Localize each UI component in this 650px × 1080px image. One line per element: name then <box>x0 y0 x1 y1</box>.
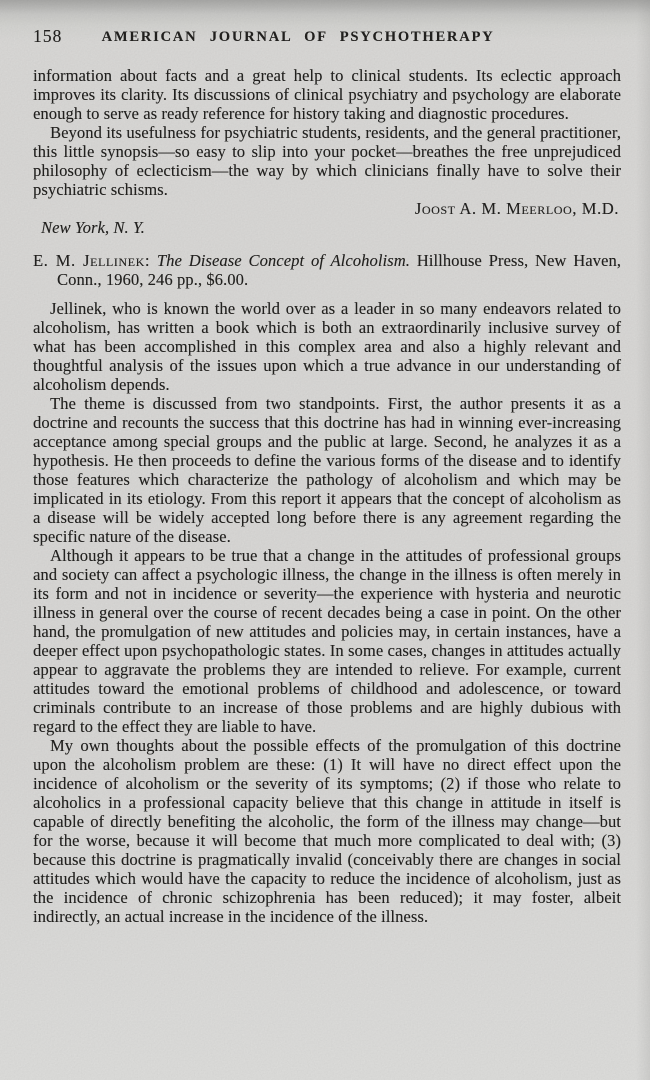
scanned-journal-page: 158 AMERICAN JOURNAL OF PSYCHOTHERAPY in… <box>0 0 650 1080</box>
reviewer-signature: Joost A. M. Meerloo, M.D. <box>33 199 621 218</box>
reviewer-name: Joost A. M. Meerloo, M.D. <box>415 199 619 218</box>
meerloo-review-paragraph: information about facts and a great help… <box>33 66 621 123</box>
running-head: 158 AMERICAN JOURNAL OF PSYCHOTHERAPY <box>33 24 621 46</box>
meerloo-review-paragraph: Beyond its usefulness for psychiatric st… <box>33 123 621 199</box>
scan-edge-shading <box>636 0 650 1080</box>
citation-book-title: The Disease Concept of Alcoholism. <box>157 251 410 270</box>
page-body: information about facts and a great help… <box>33 66 621 926</box>
jellinek-review-paragraph: Although it appears to be true that a ch… <box>33 546 621 736</box>
jellinek-review-paragraph: The theme is discussed from two standpoi… <box>33 394 621 546</box>
jellinek-review-paragraph: Jellinek, who is known the world over as… <box>33 299 621 394</box>
book-citation: E. M. Jellinek: The Disease Concept of A… <box>33 251 621 289</box>
page-number: 158 <box>33 27 62 46</box>
jellinek-review-paragraph: My own thoughts about the possible effec… <box>33 736 621 926</box>
journal-title: AMERICAN JOURNAL OF PSYCHOTHERAPY <box>33 24 621 47</box>
citation-author: E. M. Jellinek: <box>33 251 150 270</box>
reviewer-location: New York, N. Y. <box>33 218 621 237</box>
